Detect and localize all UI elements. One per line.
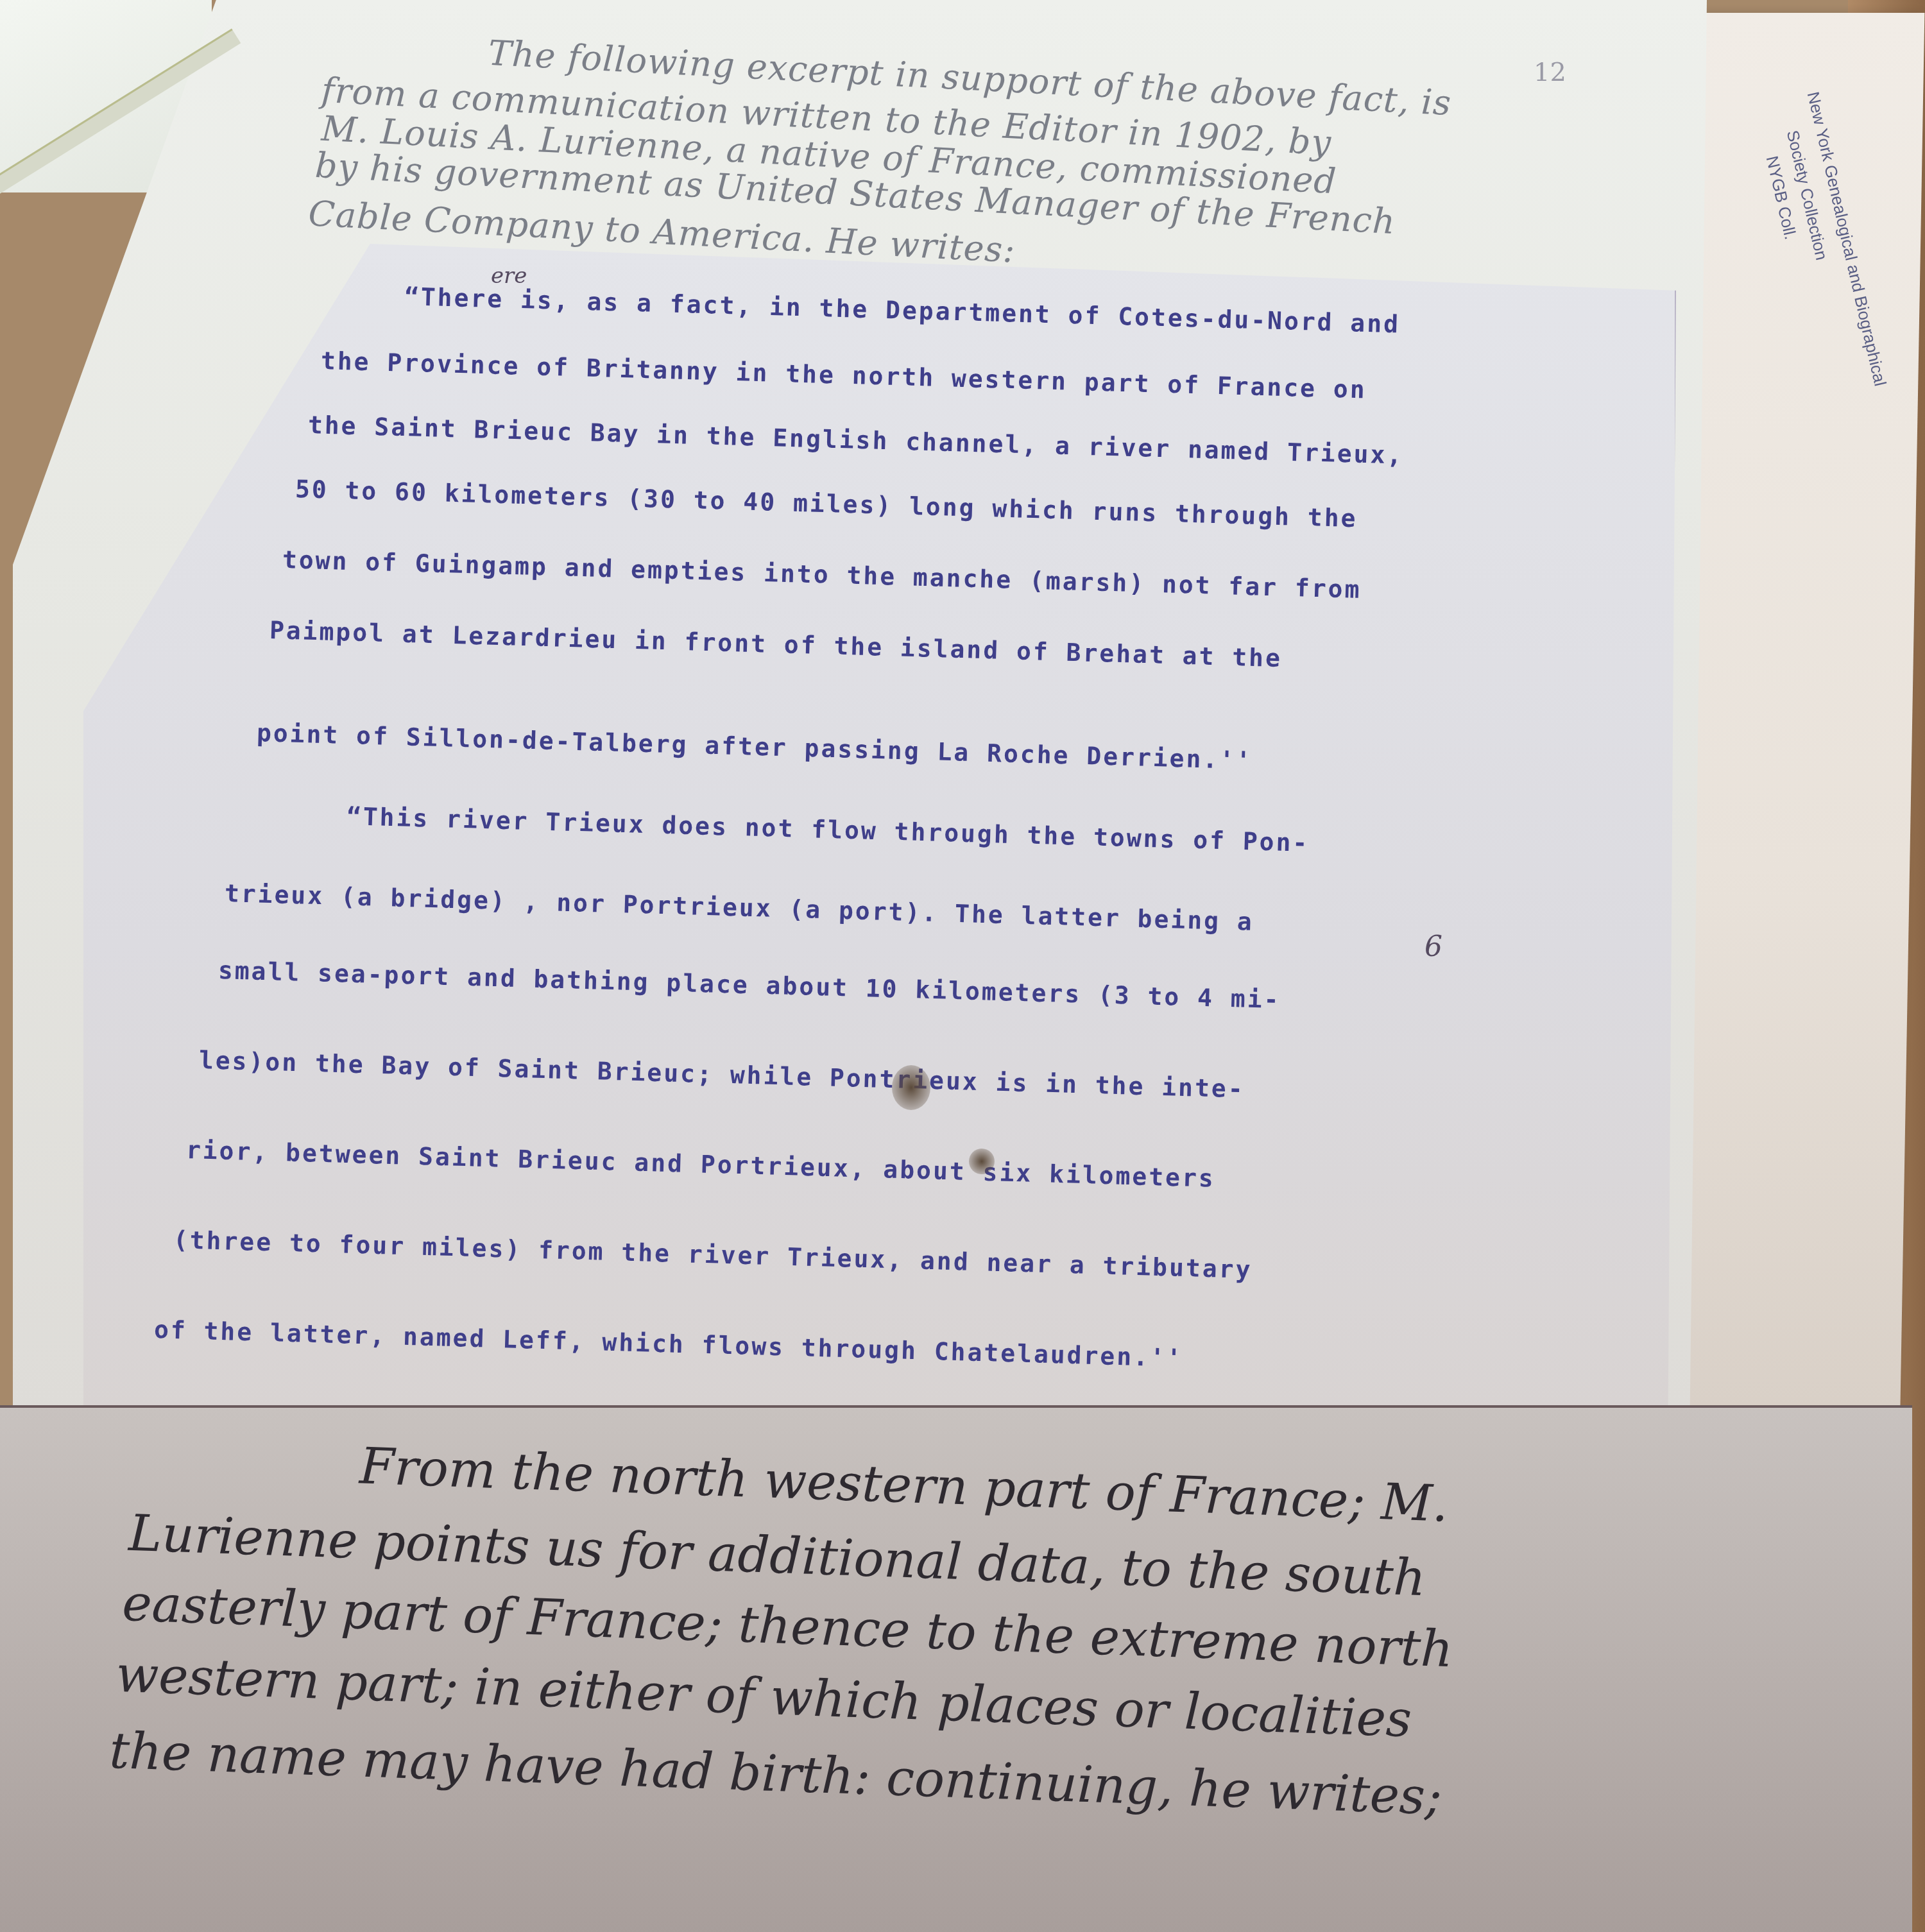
- ink-stain: [892, 1065, 930, 1110]
- folder-collection-label: New York Genealogical and Biographical S…: [1777, 90, 1854, 423]
- page-number: 12: [1534, 58, 1566, 87]
- margin-correction: 6: [1425, 930, 1442, 963]
- ink-stain: [969, 1149, 995, 1174]
